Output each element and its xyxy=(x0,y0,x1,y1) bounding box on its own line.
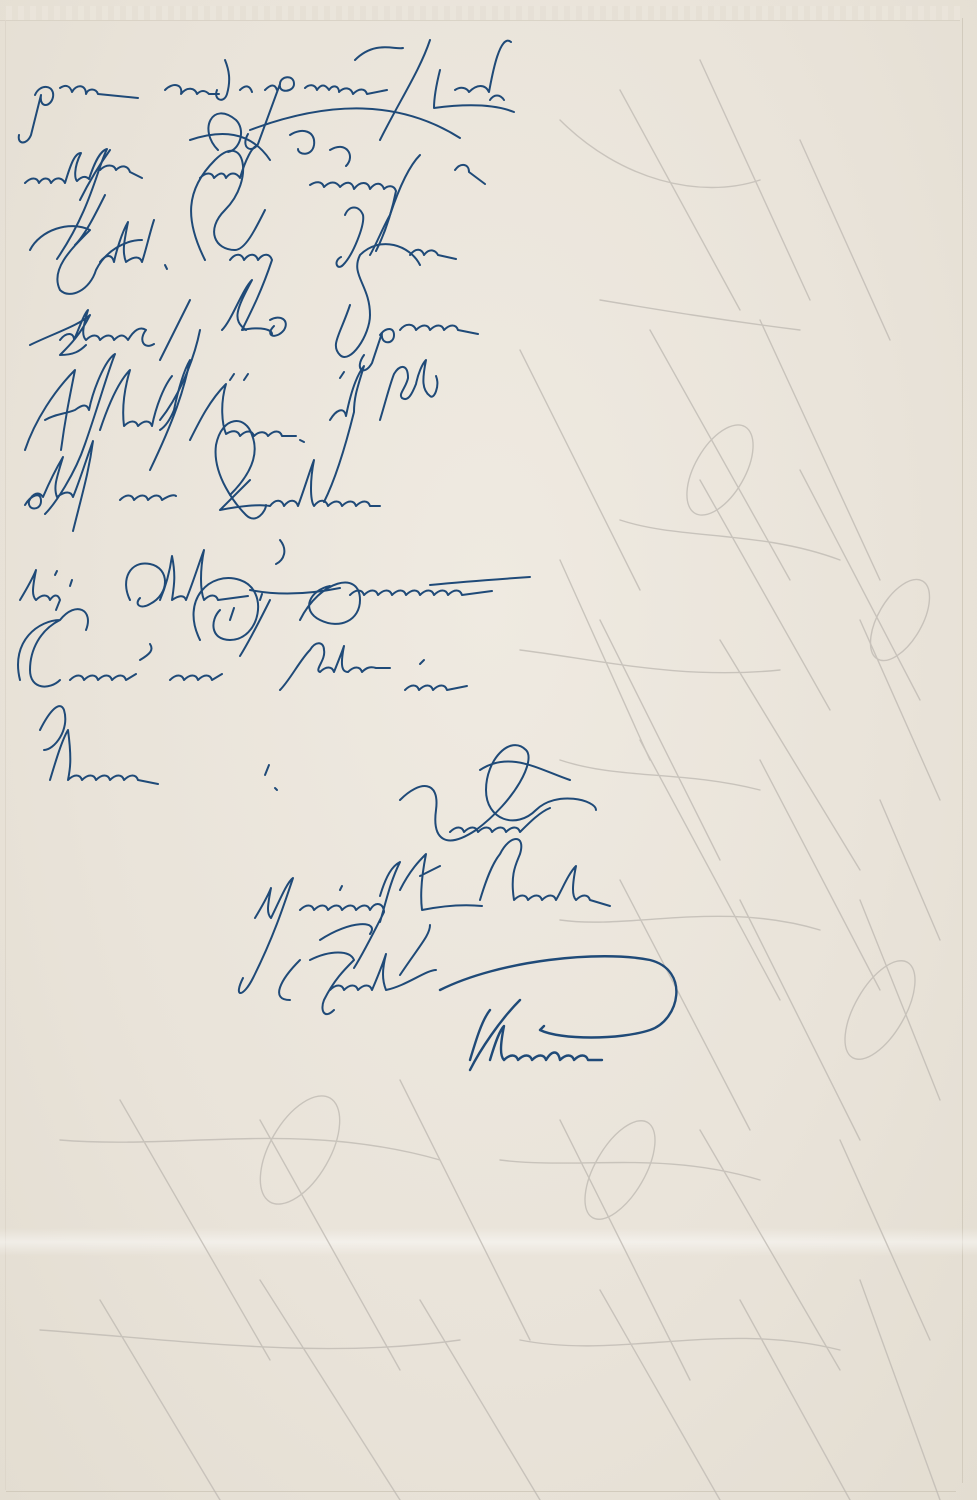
script-line-5 xyxy=(25,354,437,514)
script-line-7 xyxy=(20,540,530,656)
script-line-3 xyxy=(30,150,456,334)
script-line-9 xyxy=(40,706,277,790)
script-line-8 xyxy=(18,578,467,690)
signature-victoria xyxy=(440,956,676,1070)
handwritten-script xyxy=(0,0,977,1500)
closing-salutation xyxy=(400,745,596,840)
script-line-6 xyxy=(25,421,380,531)
script-line-2 xyxy=(25,113,485,259)
script-line-1 xyxy=(19,40,514,149)
closing-relation xyxy=(279,924,436,1014)
letter-page: gegen den geräuschvollen und lästigen un… xyxy=(0,0,977,1500)
closing-adverb xyxy=(239,839,610,993)
